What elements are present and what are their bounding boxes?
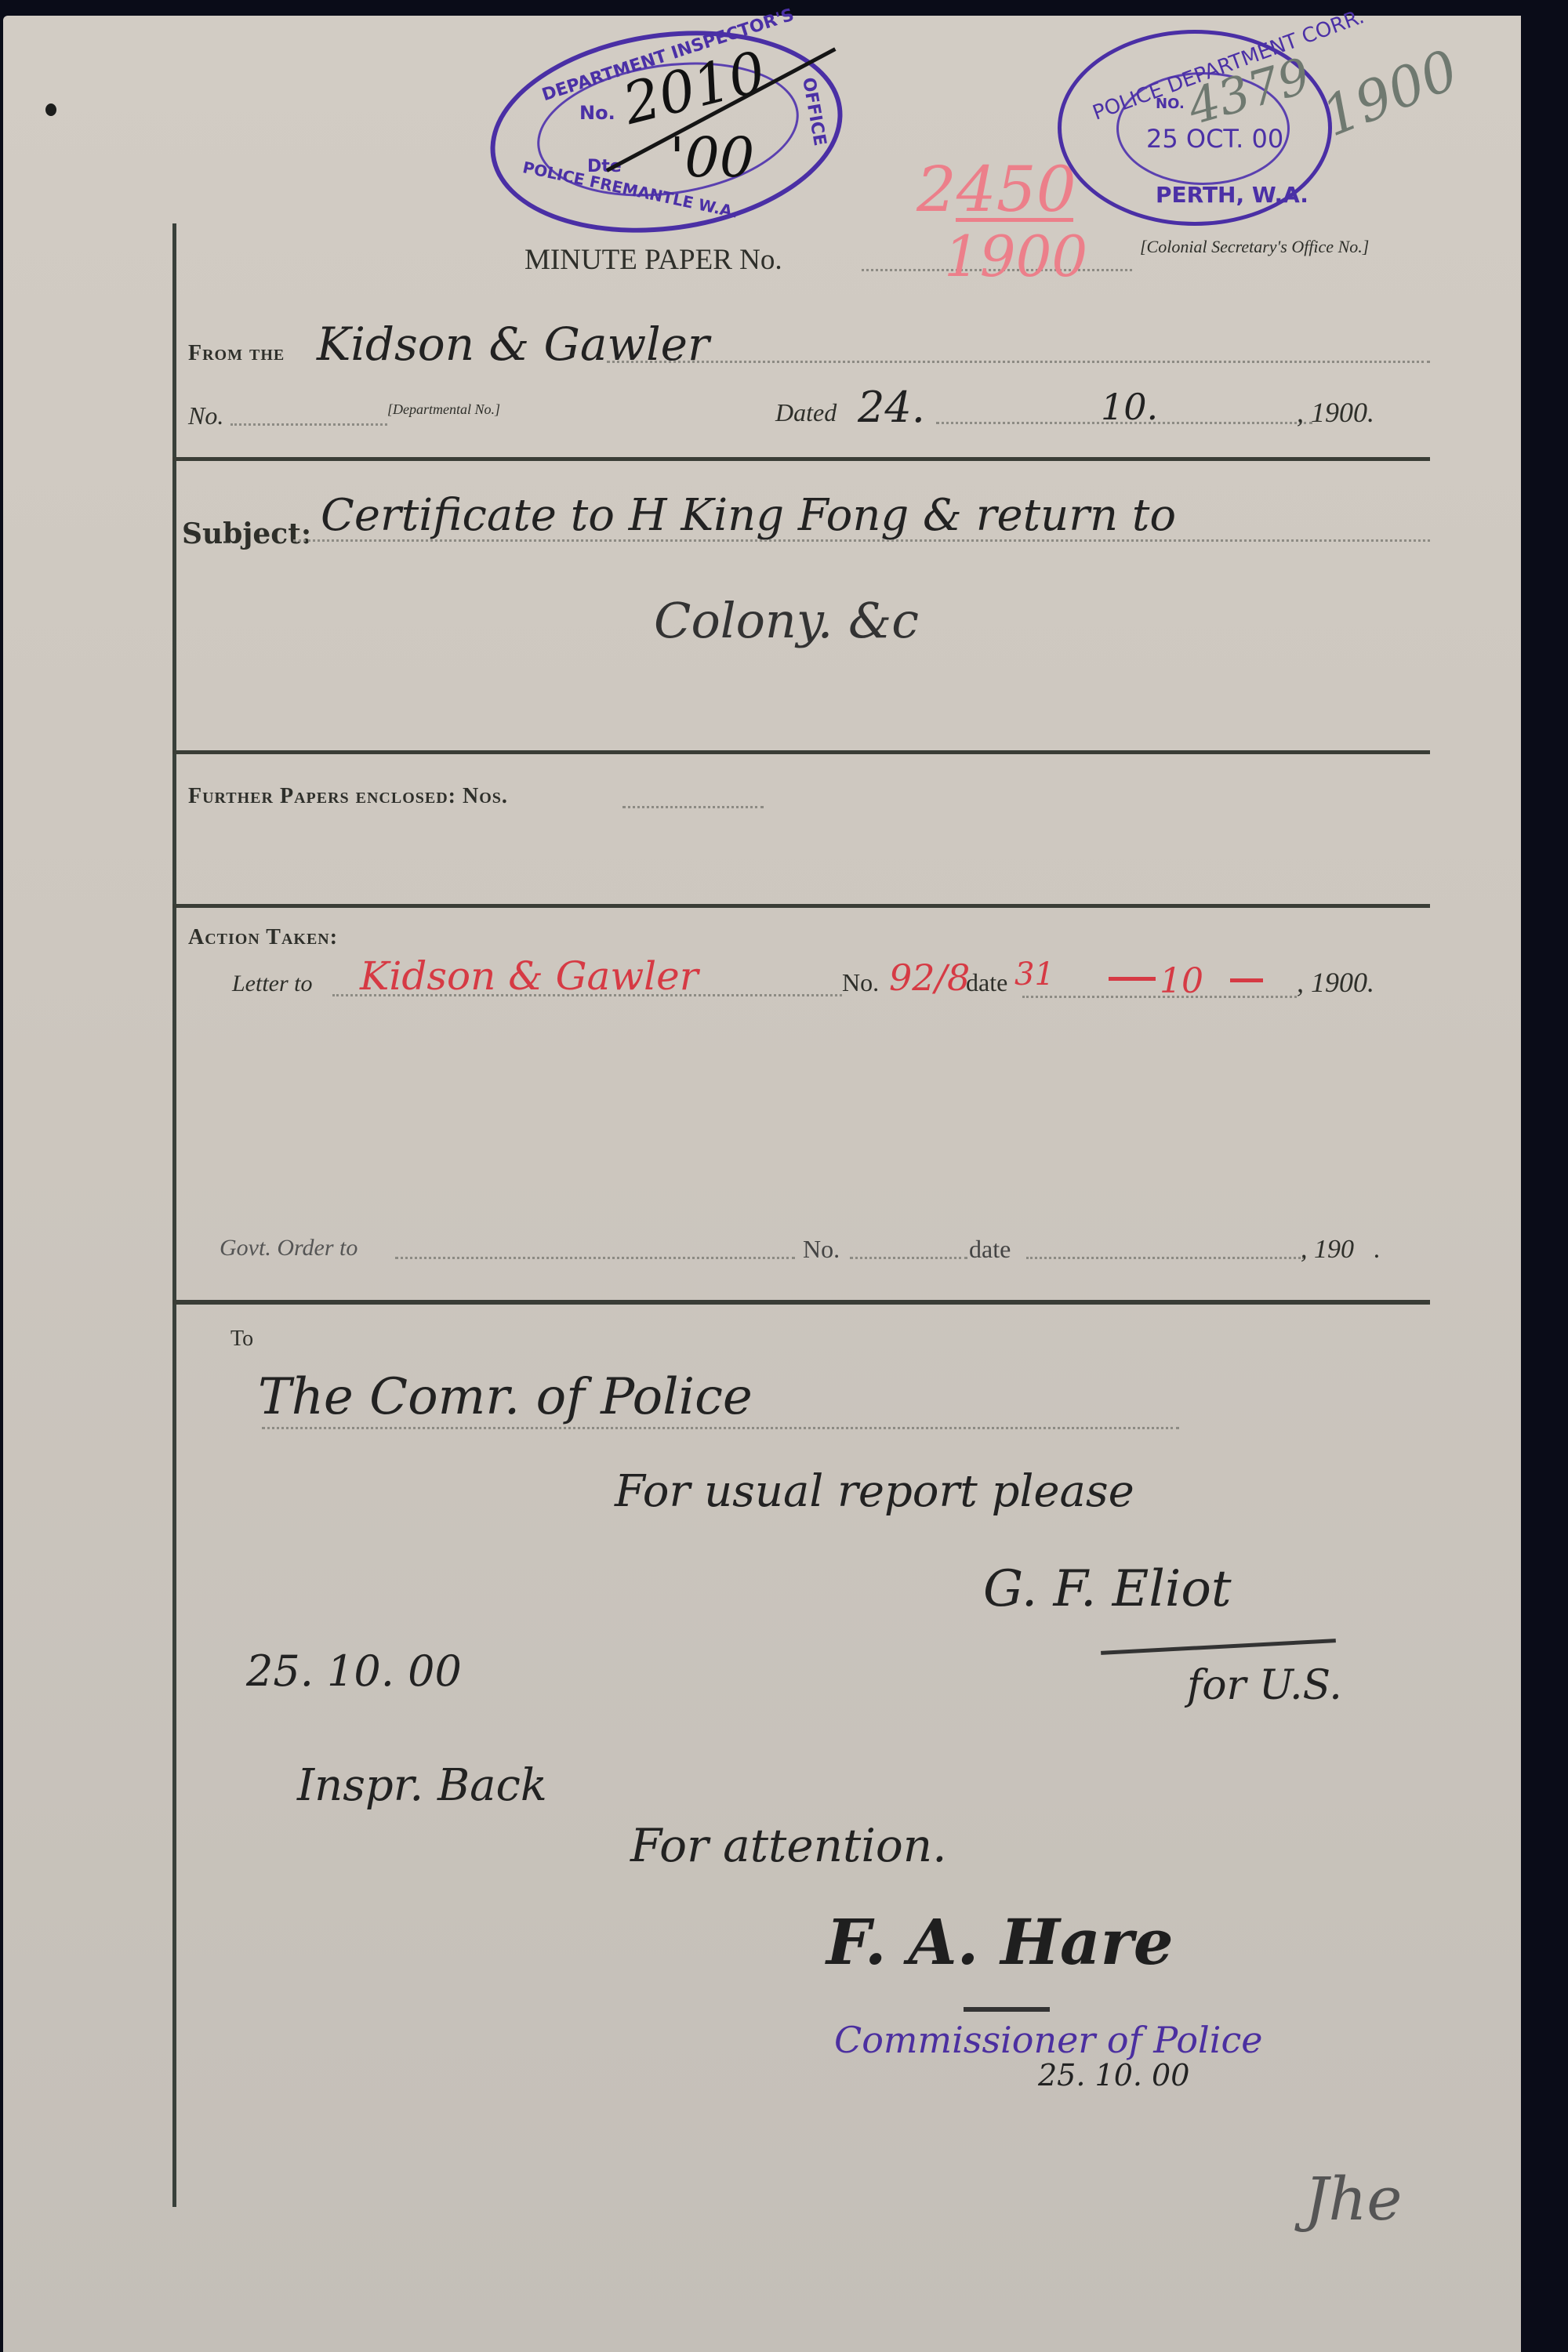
further-papers-dotted-line	[622, 806, 764, 808]
letter-date-month: 10	[1160, 961, 1203, 1001]
govt-order-label: Govt. Order to	[220, 1235, 358, 1261]
forward-note: For attention.	[630, 1819, 947, 1872]
date-first-minute: 25. 10. 00	[246, 1646, 462, 1696]
instruction-text: For usual report please	[615, 1466, 1134, 1517]
letter-no-value: 92/8	[889, 956, 970, 999]
dept-no-note: [Departmental No.]	[387, 401, 500, 418]
letter-to-dotted-line	[332, 994, 842, 996]
dated-month: 10.	[1101, 386, 1158, 428]
signature-eliot-underline	[1101, 1639, 1336, 1655]
commissioner-of-police-stamp: Commissioner of Police	[834, 2019, 1262, 2061]
page-title: MINUTE PAPER No.	[524, 243, 782, 277]
divider-action-to	[172, 1300, 1430, 1305]
from-dotted-line	[607, 361, 1430, 363]
handwritten-correspondence-year: 1900	[1313, 38, 1467, 150]
dated-day: 24.	[858, 383, 925, 432]
stamp-date-value: '00	[670, 125, 754, 190]
stamp-no-label: NO.	[1156, 96, 1185, 112]
minute-no-denominator: 1900	[944, 223, 1087, 289]
minute-no-fraction-bar	[956, 218, 1073, 222]
action-taken-label: Action Taken:	[188, 925, 338, 950]
further-papers-label: Further Papers enclosed: Nos.	[188, 784, 508, 809]
to-dotted-line	[262, 1427, 1179, 1429]
forward-to: Inspr. Back	[297, 1760, 547, 1811]
govt-no-dotted-line	[850, 1257, 967, 1259]
subject-dotted-line	[293, 539, 1430, 542]
signature-hare: F. A. Hare	[826, 1905, 1174, 1979]
signature-hare-underline	[964, 2007, 1050, 2012]
letter-date-dash-1	[1109, 977, 1156, 981]
initials-pencil: Jhe	[1305, 2164, 1402, 2234]
stamp-ring-bottom: PERTH, W.A.	[1156, 182, 1308, 208]
dept-no-dotted-line	[230, 423, 387, 426]
letter-to-label: Letter to	[232, 971, 313, 997]
govt-year: , 190 .	[1301, 1235, 1381, 1265]
divider-from-subject	[172, 457, 1430, 461]
ink-spot	[45, 103, 56, 116]
dept-no-label: No.	[188, 401, 223, 430]
date-second-minute: 25. 10. 00	[1038, 2058, 1189, 2092]
dated-label: Dated	[775, 398, 837, 427]
signature-eliot: G. F. Eliot	[983, 1560, 1232, 1618]
minute-paper-document: DEPARTMENT INSPECTOR'S OFFICE POLICE FRE…	[3, 16, 1521, 2352]
letter-to-value: Kidson & Gawler	[360, 953, 699, 999]
govt-no-label: No.	[803, 1235, 840, 1264]
left-margin-rule	[172, 223, 176, 2207]
from-label: From the	[188, 341, 285, 366]
addressee: The Comr. of Police	[258, 1368, 753, 1426]
letter-no-label: No.	[842, 968, 879, 997]
minute-no-numerator: 2450	[916, 153, 1076, 226]
letter-year: , 1900.	[1297, 966, 1374, 999]
letter-date-dash-2	[1230, 978, 1263, 982]
to-label: To	[230, 1327, 253, 1352]
govt-date-dotted-line	[1026, 1257, 1305, 1259]
govt-order-dotted-line	[395, 1257, 795, 1259]
divider-subject-papers	[172, 750, 1430, 754]
dated-year: , 1900.	[1297, 396, 1374, 429]
stamp-no-label: No.	[579, 102, 615, 124]
subject-label: Subject:	[182, 517, 311, 550]
subject-line-2: Colony. &c	[654, 592, 919, 649]
govt-date-label: date	[969, 1235, 1011, 1264]
divider-papers-action	[172, 904, 1430, 908]
office-no-note: [Colonial Secretary's Office No.]	[1140, 237, 1369, 257]
letter-date-label: date	[966, 968, 1007, 997]
letter-date-day: 31	[1014, 956, 1054, 993]
subject-line-1: Certificate to H King Fong & return to	[321, 490, 1176, 541]
signature-eliot-title: for U.S.	[1187, 1662, 1342, 1709]
